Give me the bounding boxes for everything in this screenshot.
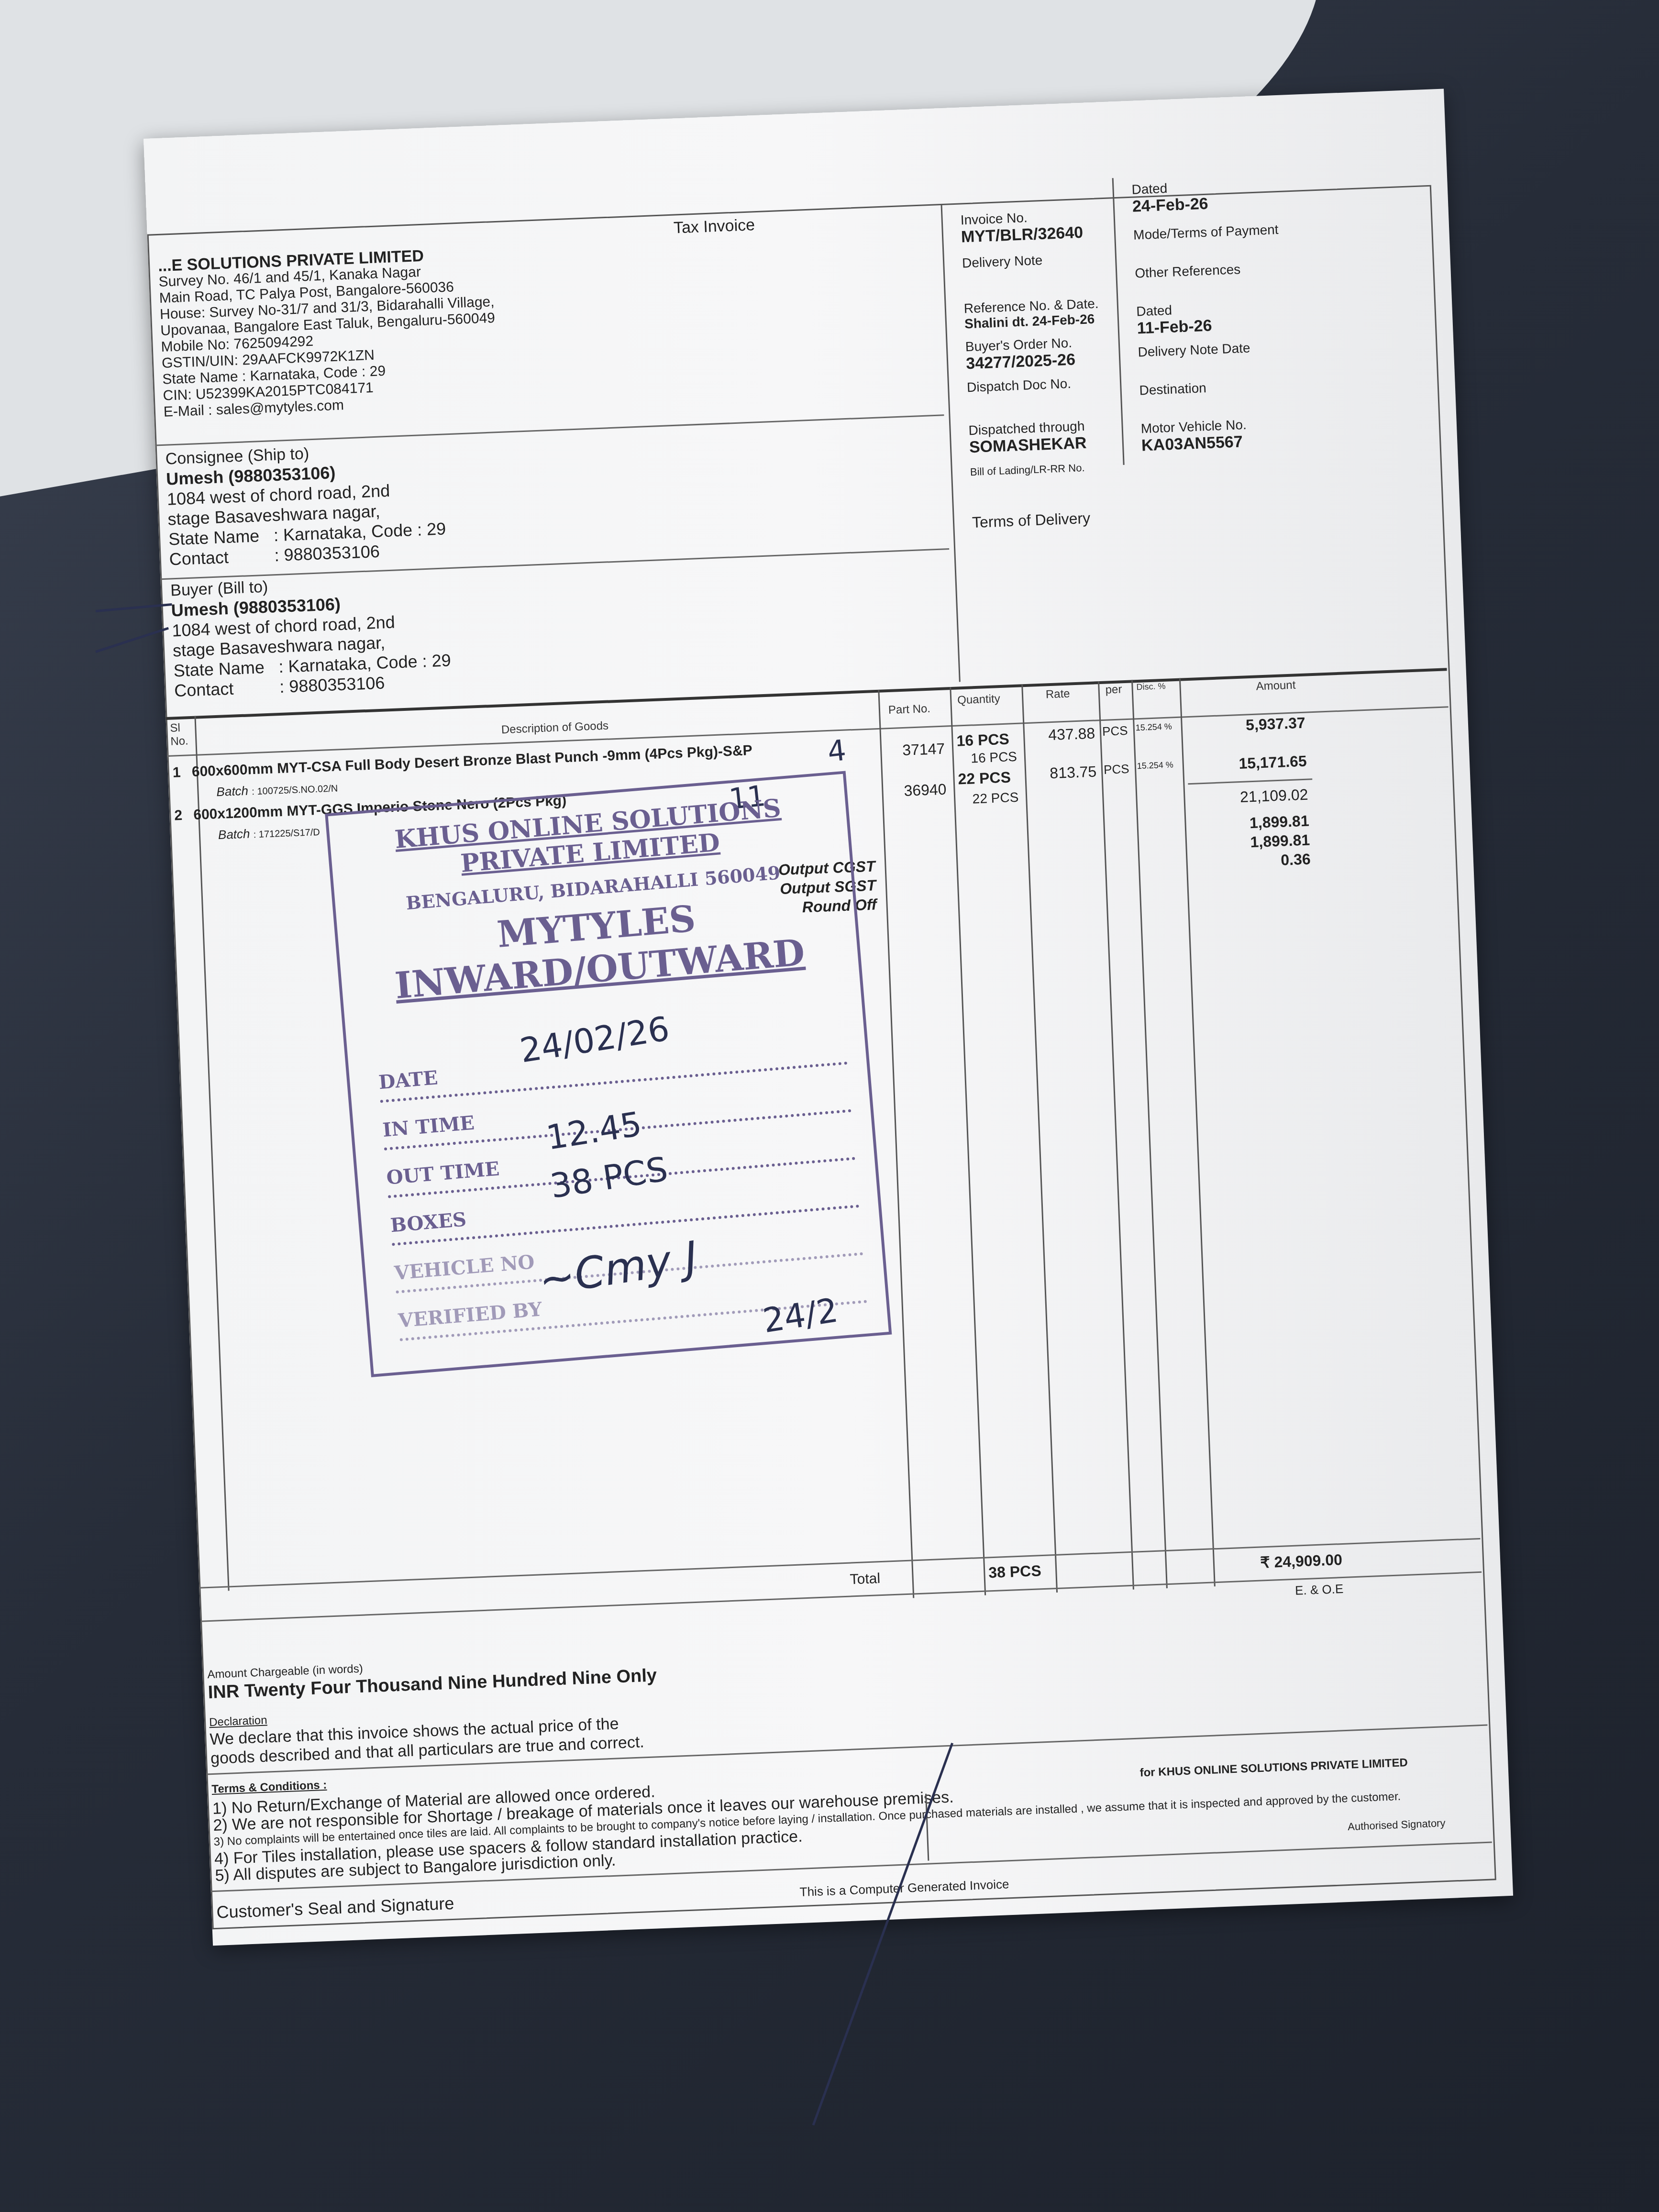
- batch-value: : 100725/S.NO.02/N: [252, 783, 338, 797]
- col-amount: Amount: [1256, 678, 1296, 693]
- col-sl: Sl No.: [170, 721, 195, 749]
- document-title: Tax Invoice: [673, 216, 755, 238]
- pen-tick-mark: [96, 603, 172, 612]
- col-part-no: Part No.: [888, 702, 930, 717]
- row-disc: 15.254 %: [1137, 760, 1173, 771]
- col-quantity: Quantity: [957, 692, 1000, 707]
- row-per: PCS: [1104, 762, 1130, 777]
- col-rate: Rate: [1045, 687, 1070, 702]
- col-per: per: [1105, 683, 1122, 697]
- row-qty: 16 PCS: [956, 730, 1014, 750]
- pen-tick-mark: [95, 627, 169, 653]
- batch-label: Batch: [218, 827, 250, 842]
- seller-block: ...E SOLUTIONS PRIVATE LIMITED Survey No…: [158, 230, 905, 420]
- consignee-contact-label: Contact: [169, 545, 275, 569]
- row-qty-sub: 16 PCS: [957, 749, 1017, 767]
- batch-label: Batch: [216, 784, 249, 799]
- row-qty-sub: 22 PCS: [959, 790, 1019, 807]
- row-rate: 813.75: [1027, 763, 1097, 784]
- row-part-no: 36940: [884, 781, 947, 801]
- row-sl: 1: [172, 764, 181, 781]
- batch-value: : 171225/S17/D: [253, 827, 320, 840]
- row-qty: 22 PCS: [958, 768, 1016, 788]
- buyer-contact-label: Contact: [174, 677, 280, 701]
- row-sl: 2: [174, 807, 183, 824]
- row-rate: 437.88: [1026, 725, 1095, 745]
- row-disc: 15.254 %: [1135, 721, 1172, 733]
- inward-outward-stamp: KHUS ONLINE SOLUTIONS PRIVATE LIMITED BE…: [325, 771, 892, 1377]
- row-part-no: 37147: [883, 740, 945, 760]
- col-disc: Disc. %: [1136, 681, 1166, 692]
- declaration-label: Declaration: [209, 1714, 267, 1730]
- row-per: PCS: [1102, 723, 1128, 739]
- buyer-contact-value: : 9880353106: [279, 673, 385, 697]
- consignee-contact-value: : 9880353106: [274, 542, 380, 565]
- total-label: Total: [850, 1571, 881, 1588]
- invoice-meta: Invoice No.MYT/BLR/32640 Dated24-Feb-26 …: [959, 175, 1332, 189]
- total-quantity: 38 PCS: [988, 1561, 1051, 1582]
- invoice-page: Tax Invoice ...E SOLUTIONS PRIVATE LIMIT…: [144, 89, 1513, 1946]
- handwritten-box-count: 4: [826, 733, 848, 769]
